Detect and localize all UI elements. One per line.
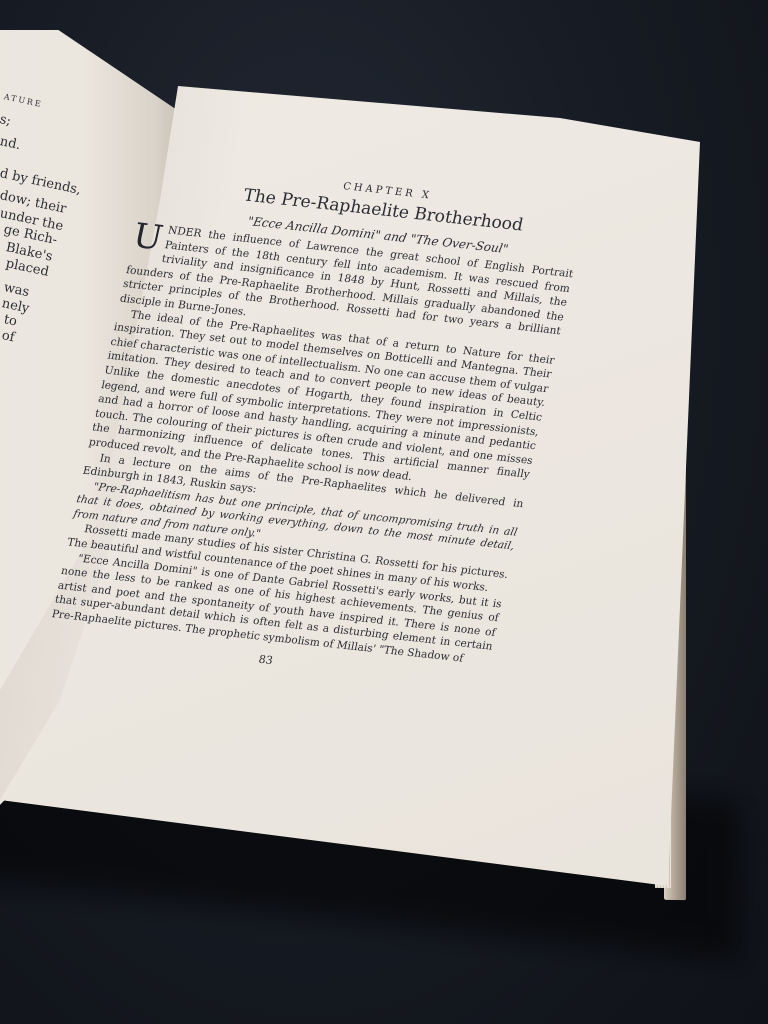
drop-cap: U	[131, 222, 165, 253]
left-line: of	[0, 328, 15, 345]
photo-scene: ATURE s; nd. d by friends, dow; their un…	[0, 0, 768, 1024]
